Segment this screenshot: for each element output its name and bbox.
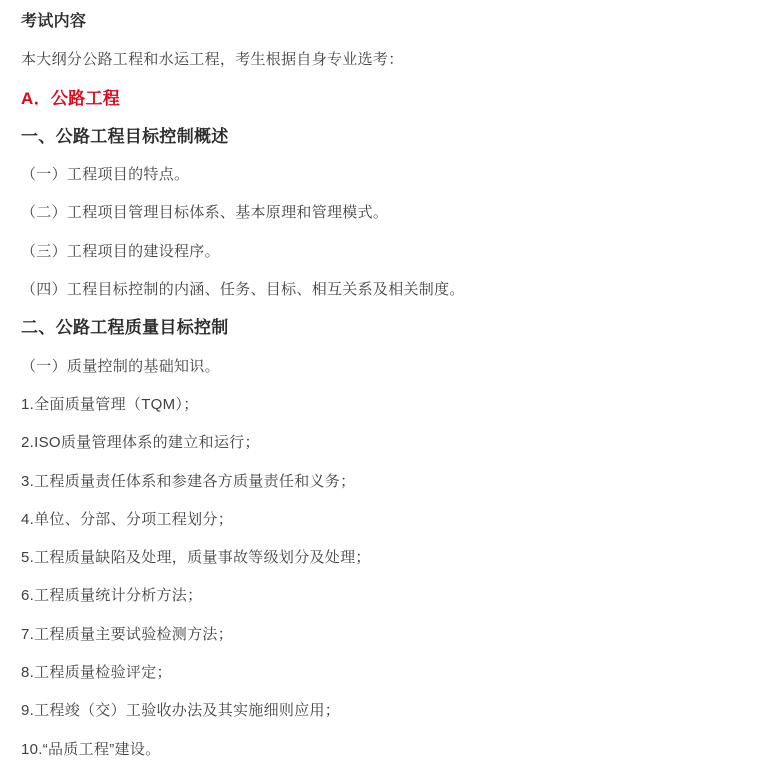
section-title: 考试内容 — [21, 3, 745, 41]
paragraph: 6.工程质量统计分析方法； — [21, 577, 745, 615]
paragraph: （二）工程项目管理目标体系、基本原理和管理模式。 — [21, 194, 745, 232]
paragraph: 7.工程质量主要试验检测方法； — [21, 616, 745, 654]
paragraph: （四）工程目标控制的内涵、任务、目标、相互关系及相关制度。 — [21, 271, 745, 309]
paragraph: 5.工程质量缺陷及处理，质量事故等级划分及处理； — [21, 539, 745, 577]
article-body: 考试内容本大纲分公路工程和水运工程，考生根据自身专业选考：A．公路工程一、公路工… — [21, 3, 745, 766]
paragraph: 3.工程质量责任体系和参建各方质量责任和义务； — [21, 463, 745, 501]
option-heading: A．公路工程 — [21, 80, 745, 118]
paragraph: 9.工程竣（交）工验收办法及其实施细则应用； — [21, 692, 745, 730]
paragraph: 本大纲分公路工程和水运工程，考生根据自身专业选考： — [21, 41, 745, 79]
exam-content-article: 考试内容本大纲分公路工程和水运工程，考生根据自身专业选考：A．公路工程一、公路工… — [0, 0, 769, 766]
section-heading: 二、公路工程质量目标控制 — [21, 309, 745, 347]
paragraph: 4.单位、分部、分项工程划分； — [21, 501, 745, 539]
section-heading: 一、公路工程目标控制概述 — [21, 118, 745, 156]
paragraph: （一）质量控制的基础知识。 — [21, 348, 745, 386]
paragraph: 1.全面质量管理（TQM）； — [21, 386, 745, 424]
paragraph: （一）工程项目的特点。 — [21, 156, 745, 194]
paragraph: 10.“品质工程”建设。 — [21, 731, 745, 766]
paragraph: 2.ISO质量管理体系的建立和运行； — [21, 424, 745, 462]
paragraph: 8.工程质量检验评定； — [21, 654, 745, 692]
paragraph: （三）工程项目的建设程序。 — [21, 233, 745, 271]
